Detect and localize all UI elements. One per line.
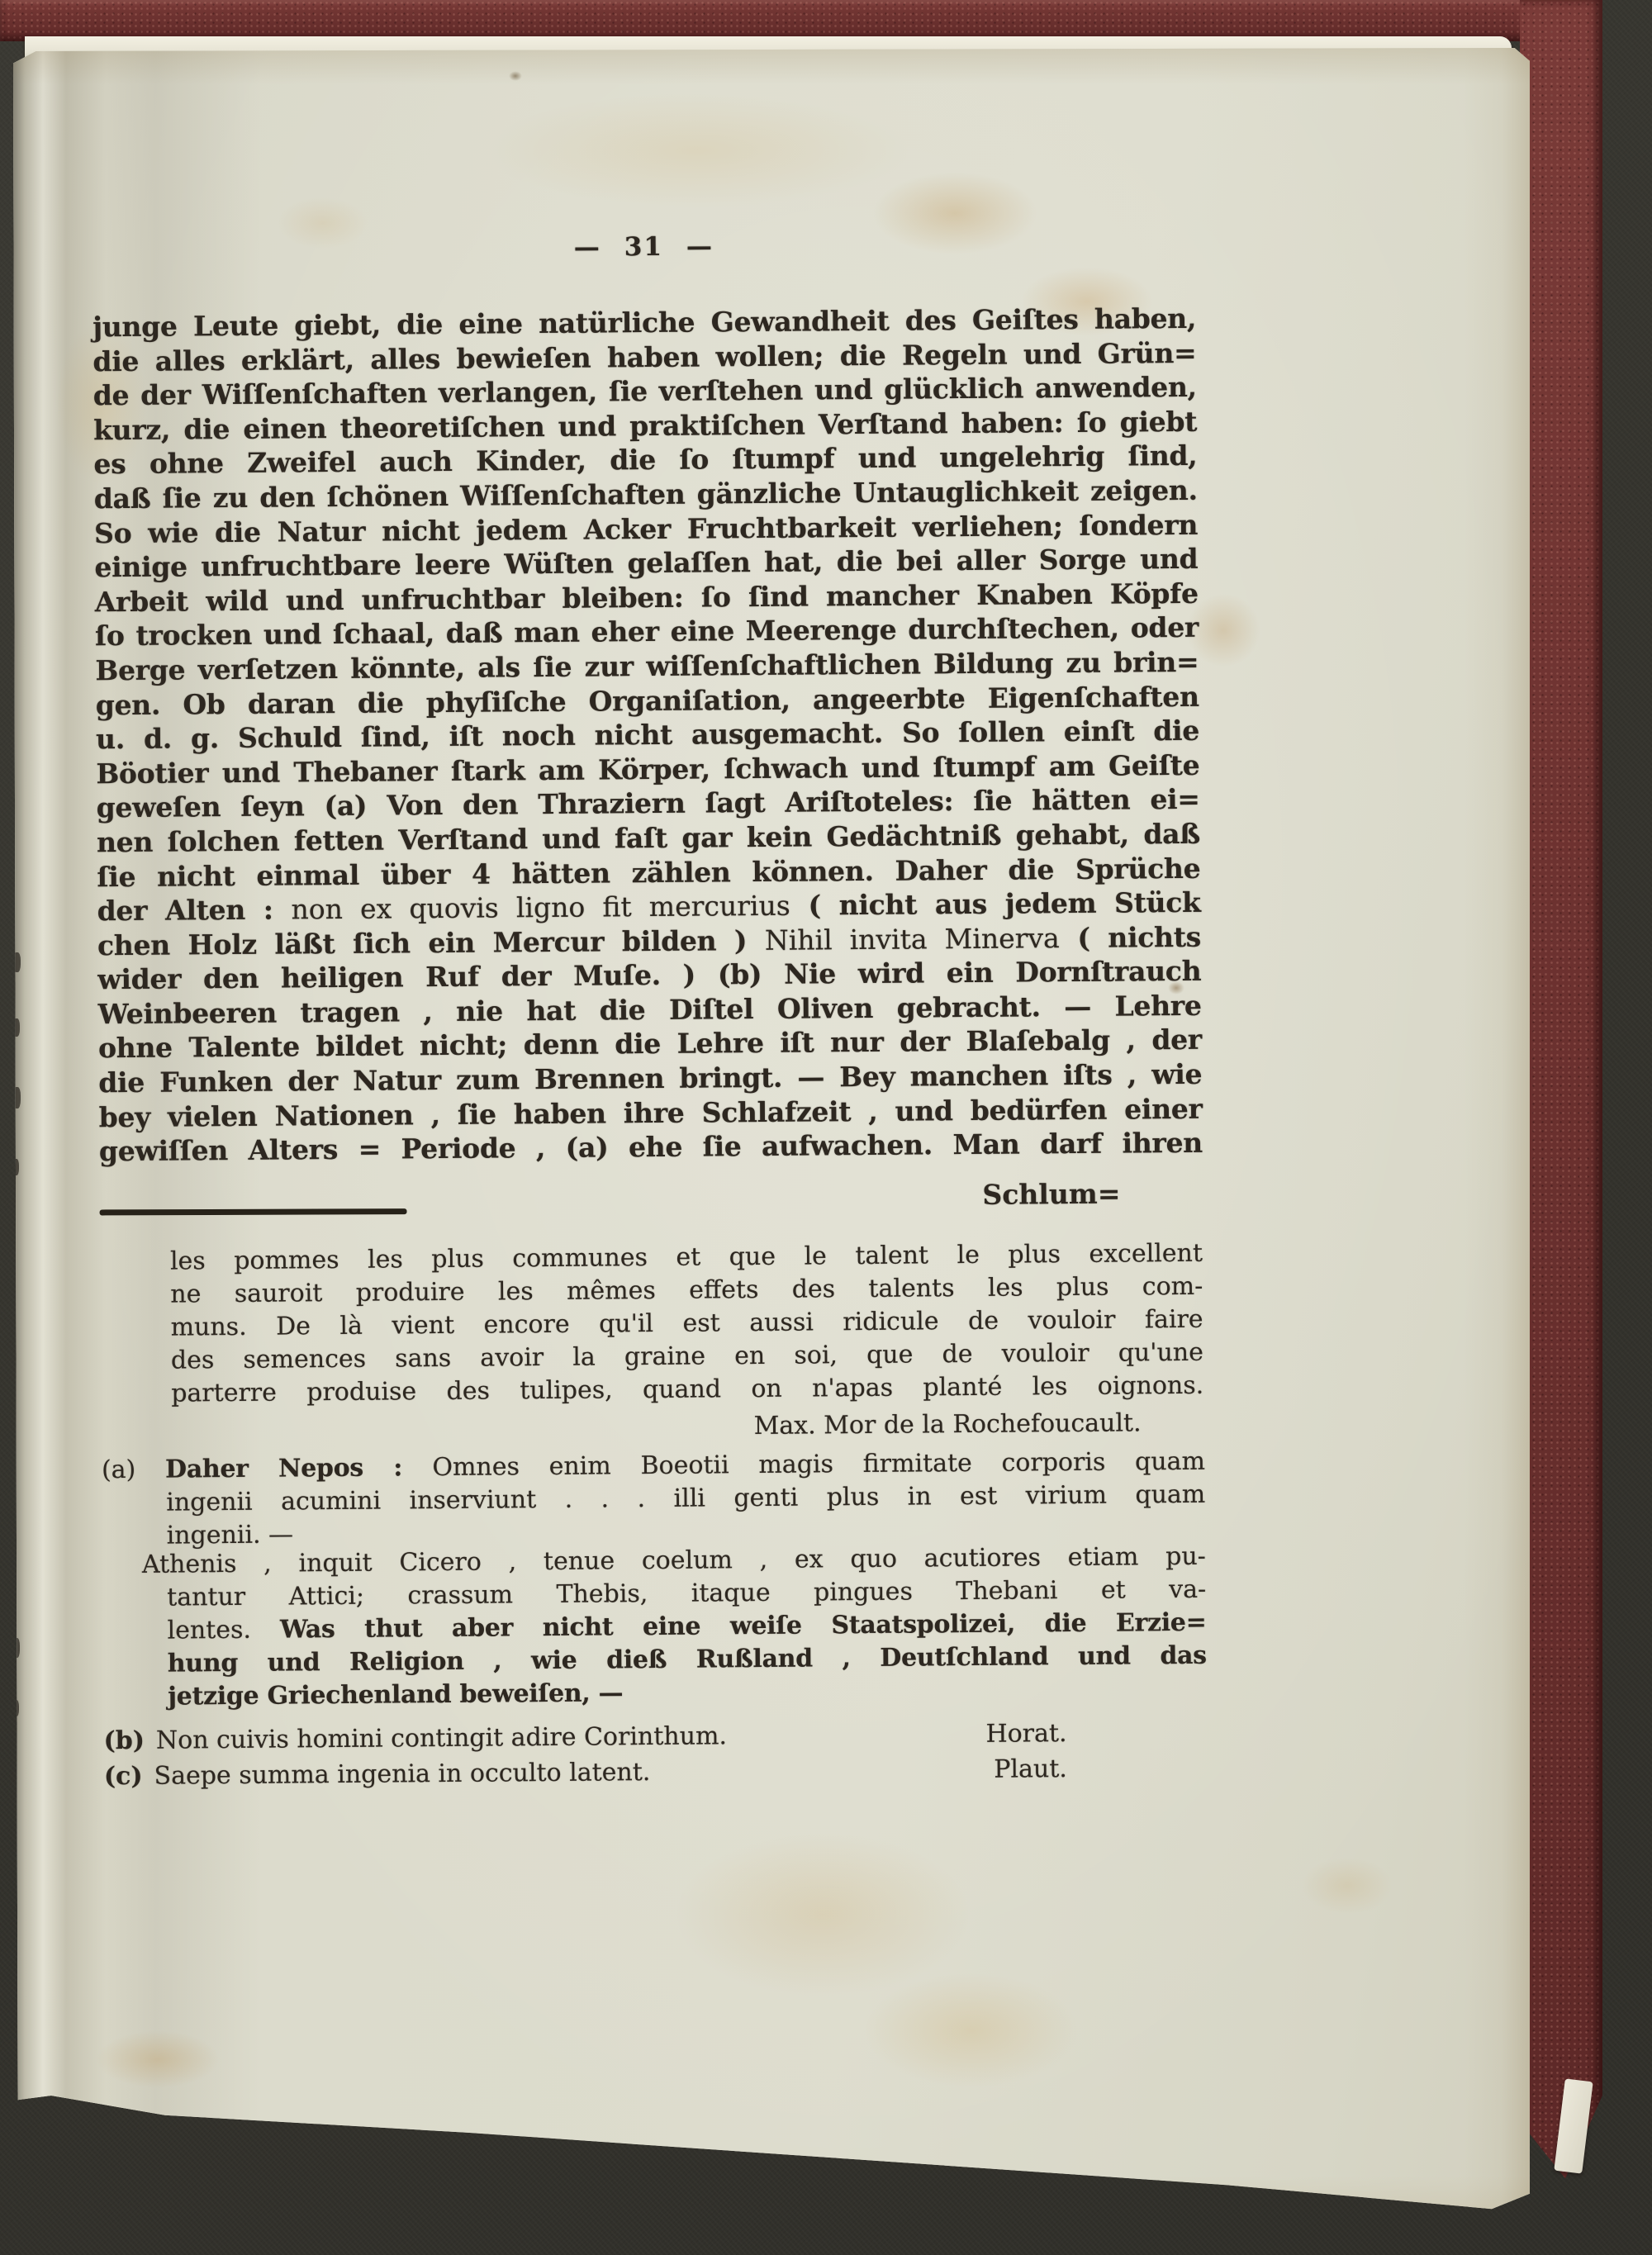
footnote-label: (b) xyxy=(103,1726,145,1755)
footnote-label: (c) xyxy=(104,1762,143,1791)
footnote-athenis: Athenis , inquit Cicero , tenue coelum ,… xyxy=(102,1541,1208,1714)
footnote-source: Plaut. xyxy=(994,1753,1067,1787)
main-text-block: junge Leute giebt, die eine natürliche G… xyxy=(93,301,1203,1169)
edge-text-fragment xyxy=(13,1700,19,1716)
footnote-b: (b)Non cuivis homini contingit adire Cor… xyxy=(103,1716,1207,1758)
header-dash-left: — xyxy=(574,232,601,262)
book-page: — 31 — junge Leute giebt, die eine natür… xyxy=(13,48,1530,2229)
header-dash-right: — xyxy=(686,231,714,261)
edge-text-fragment xyxy=(13,1087,21,1109)
footnote-c: (c)Saepe summa ingenia in occulto latent… xyxy=(104,1752,1208,1793)
printed-content: — 31 — junge Leute giebt, die eine natür… xyxy=(90,42,1211,2231)
edge-text-fragment xyxy=(13,1159,19,1175)
footnote-a: (a) Daher Nepos : Omnes enim Boeotii mag… xyxy=(102,1446,1206,1553)
book-scan: { "page": { "number": "31", "dash_left":… xyxy=(0,0,1652,2255)
stain xyxy=(1302,1857,1393,1915)
footnote-french-quote: les pommes les plus communes et que le t… xyxy=(170,1237,1204,1411)
edge-text-fragment xyxy=(13,952,21,972)
footnote-rule xyxy=(100,1208,407,1215)
footnote-text: Saepe summa ingenia in occulto latent. xyxy=(154,1758,650,1791)
footnote-line: parterre produise des tulipes, quand on … xyxy=(171,1370,1203,1411)
footnote-line: jetzige Griechenland beweiſen, — xyxy=(168,1673,1207,1714)
page-number: 31 xyxy=(624,232,663,262)
footnote-attribution: Max. Mor de la Rochefoucault. xyxy=(171,1407,1203,1448)
edge-text-fragment xyxy=(13,1638,20,1658)
footnote-text: Non cuivis homini contingit adire Corint… xyxy=(156,1721,727,1754)
edge-text-fragment xyxy=(13,1018,20,1037)
footnote-label: (a) xyxy=(102,1455,136,1484)
footnote-source: Horat. xyxy=(985,1717,1066,1751)
page-header: — 31 — xyxy=(92,228,1195,266)
book-cover-top-edge xyxy=(0,0,1596,41)
book-cover-right-edge xyxy=(1520,0,1602,2187)
